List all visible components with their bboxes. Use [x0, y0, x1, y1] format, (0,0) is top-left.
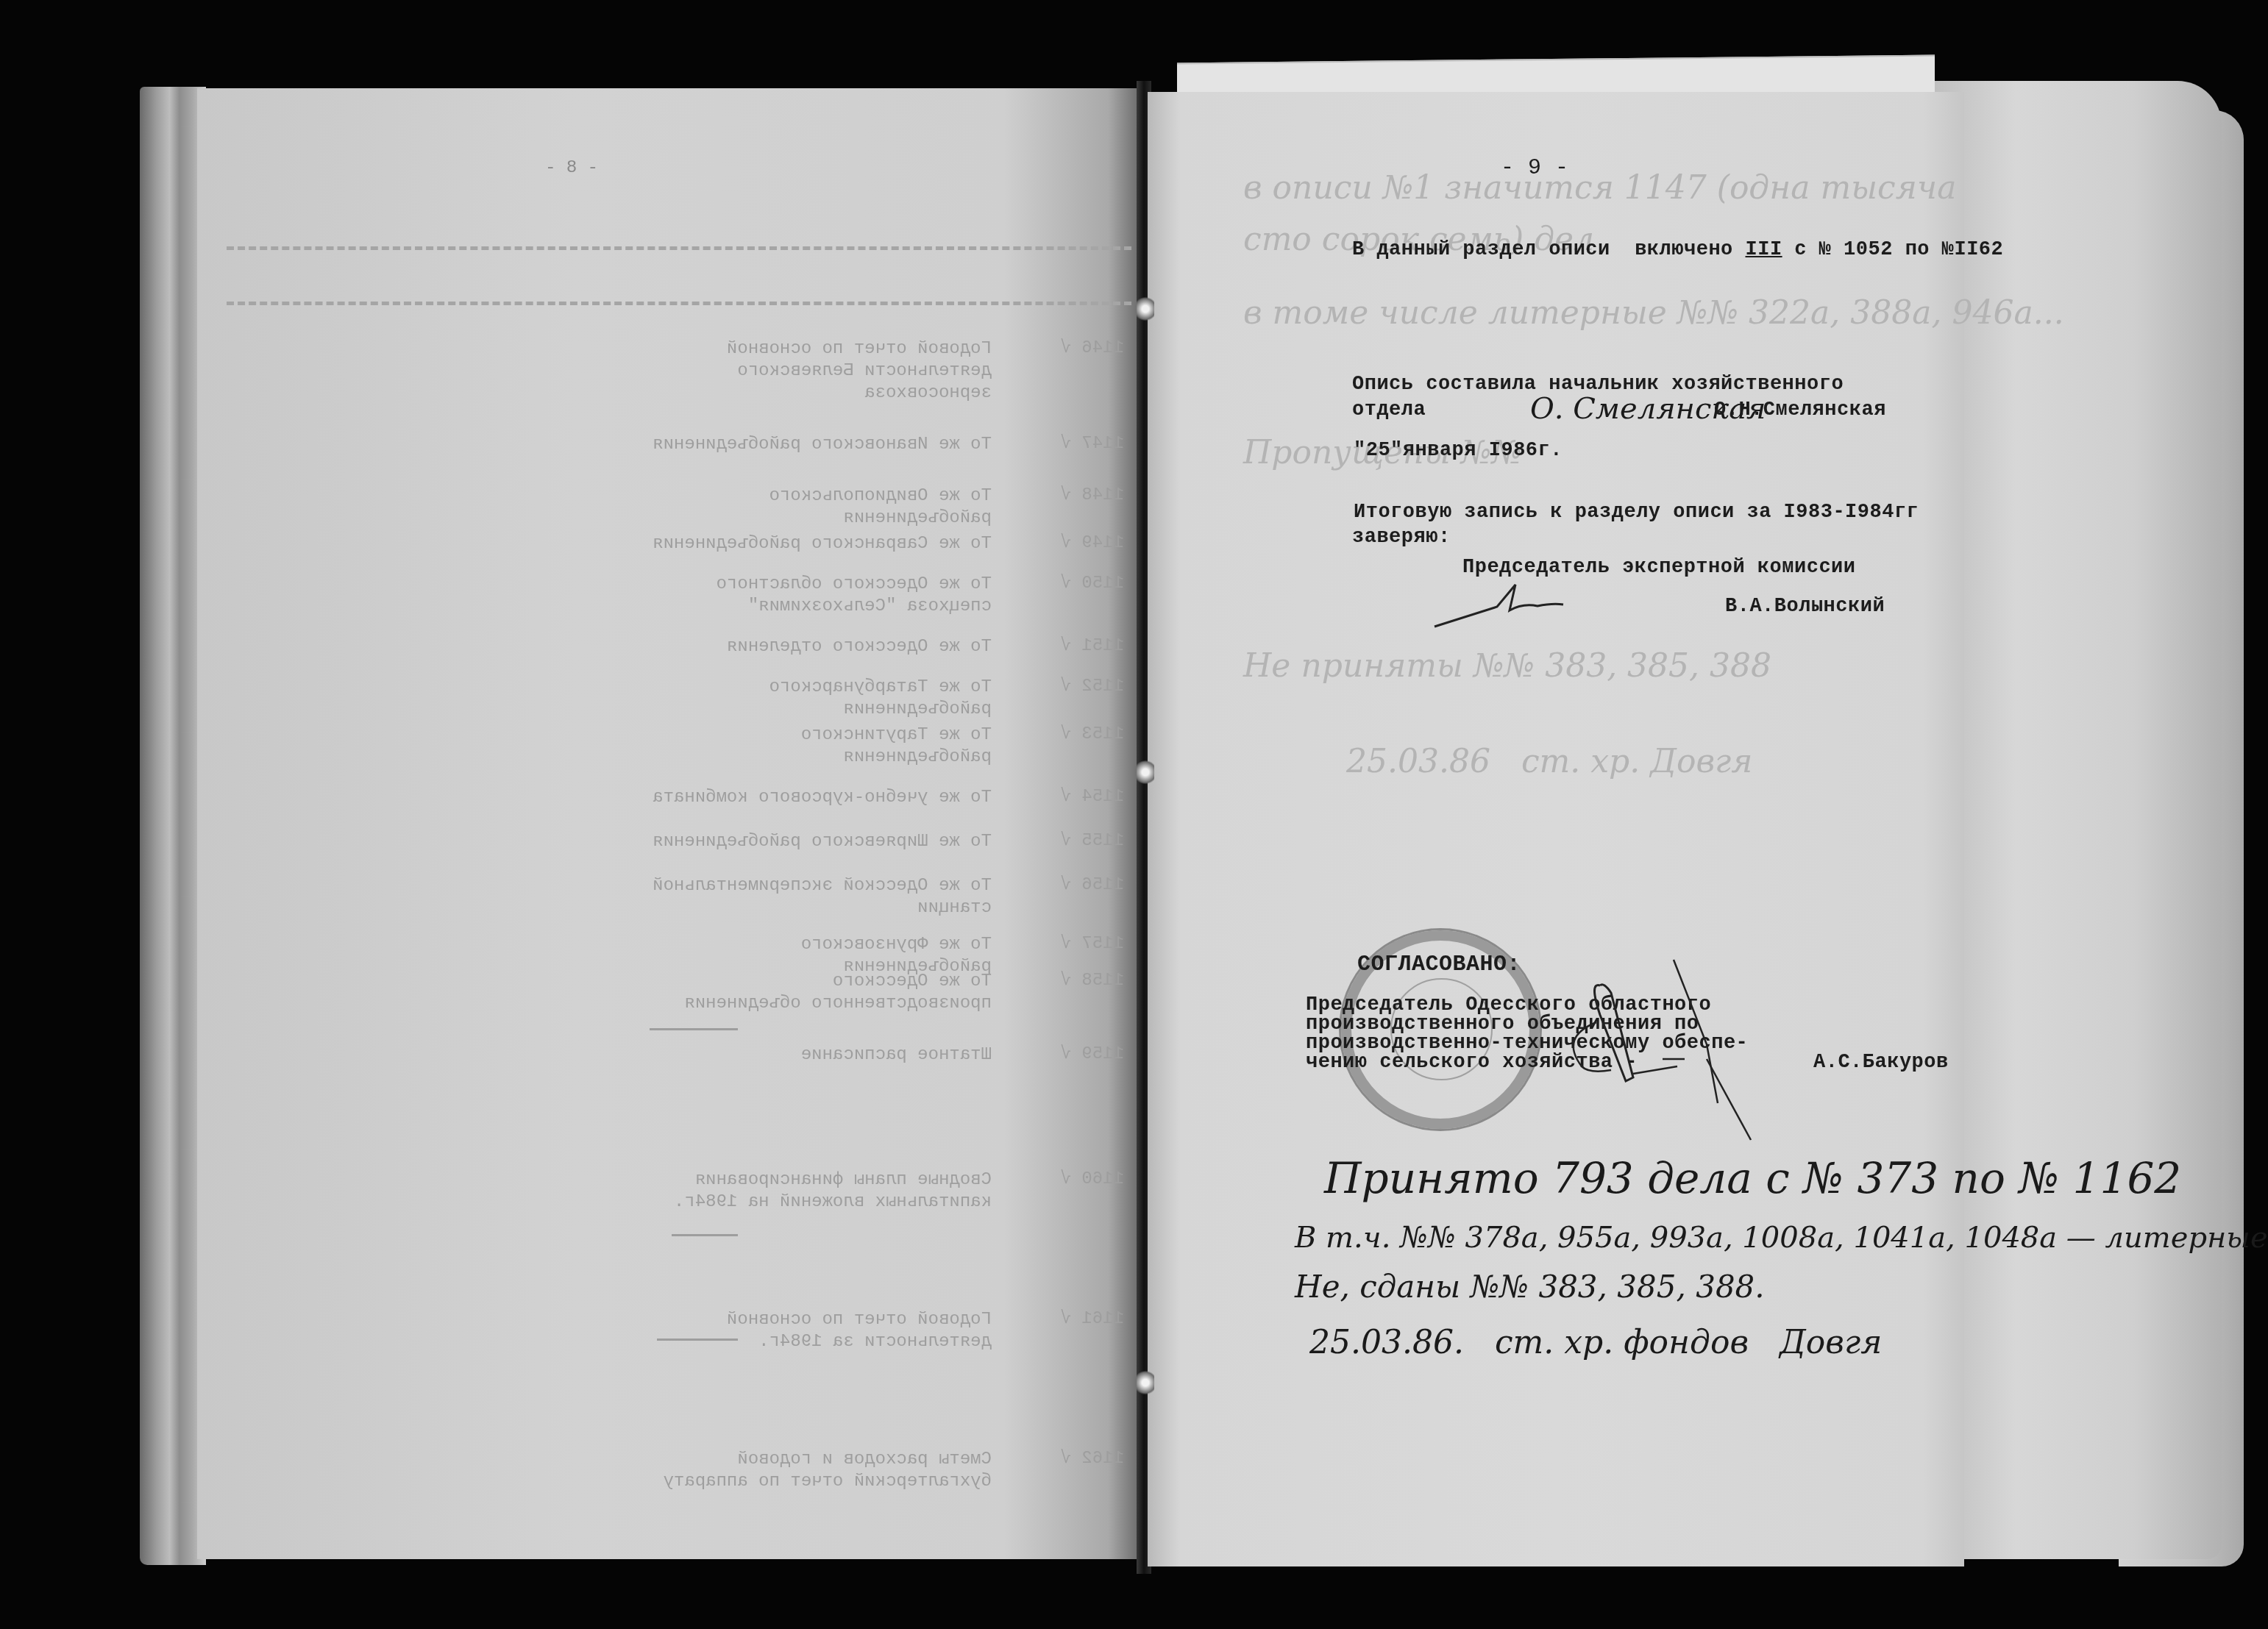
inventory-row-title: То же Ширяевского райобъединения	[646, 831, 992, 853]
inventory-row-number: 1146 √	[1061, 338, 1124, 358]
inventory-row-number: 1158 √	[1061, 971, 1124, 991]
inventory-row-number: 1147 √	[1061, 434, 1124, 454]
ghost-handwriting: Не приняты №№ 383, 385, 388	[1243, 647, 1771, 685]
inventory-row-number: 1151 √	[1061, 636, 1124, 656]
handwritten-accepted: Принято 793 дела с № 373 по № 1162	[1324, 1153, 2181, 1203]
inventory-row-title: То же Тарутинского райобъединения	[646, 724, 992, 769]
inventory-row-number: 1160 √	[1061, 1169, 1124, 1189]
inventory-row-title: Штатное расписание	[646, 1044, 992, 1066]
inventory-row-number: 1155 √	[1061, 831, 1124, 851]
scanned-book-spread: - 8 - 1146 √Годовой отчет по основной де…	[0, 0, 2268, 1629]
section-range: с № 1052 по №II62	[1794, 239, 2003, 261]
inventory-row-title: То же Одесского отделения	[646, 636, 992, 658]
handwritten-date-signature: 25.03.86. ст. хр. фондов Довгя	[1309, 1324, 1882, 1361]
commission-chair-role: Председатель экспертной комиссии	[1462, 557, 1855, 579]
inventory-row-number: 1159 √	[1061, 1044, 1124, 1064]
inventory-row-number: 1161 √	[1061, 1309, 1124, 1329]
inventory-row-title: То же Савранского райобъединения	[646, 533, 992, 555]
inventory-row-number: 1149 √	[1061, 533, 1124, 553]
left-page-bleedthrough: - 8 - 1146 √Годовой отчет по основной де…	[197, 88, 1146, 1559]
binding-stitch	[1137, 758, 1154, 787]
inventory-row-title: Годовой отчет по основной деятельности з…	[646, 1309, 992, 1353]
certification-line-2: заверяю:	[1352, 527, 1451, 549]
book-edge-left	[140, 87, 206, 1565]
section-underline	[650, 1028, 738, 1030]
inventory-row-title: То же Ивановского райобъединения	[646, 434, 992, 456]
section-item-count: III	[1746, 239, 1782, 261]
inventory-row-title: То же учебно-курсового комбината	[646, 787, 992, 809]
inventory-row-number: 1157 √	[1061, 934, 1124, 954]
commission-chair-name: В.А.Волынский	[1725, 596, 1885, 618]
binding-stitch	[1137, 1368, 1154, 1397]
inventory-row-title: Сметы расходов и годовой бухгалтерский о…	[646, 1449, 992, 1493]
compile-date: "25"января I986г.	[1354, 440, 1563, 462]
certification-line: Итоговую запись к разделу описи за I983-…	[1354, 502, 1919, 524]
approver-signature	[1530, 949, 1773, 1147]
inventory-row-title: Сводные планы финансирования капитальных…	[646, 1169, 992, 1213]
inventory-row-title: То же Одесского областного спецхоза "Сел…	[646, 574, 992, 618]
ghost-handwriting: в описи №1 значится 1147 (одна тысяча	[1243, 169, 1956, 207]
approval-heading: СОГЛАСОВАНО:	[1357, 952, 1521, 977]
ghost-handwriting: в томе числе литерные №№ 322а, 388а, 946…	[1243, 294, 2064, 332]
table-header-rule-bottom	[227, 302, 1131, 305]
inventory-row-title: Годовой отчет по основной деятельности Б…	[646, 338, 992, 404]
section-summary-prefix: В данный раздел описи включено	[1352, 239, 1733, 261]
commission-chair-signature	[1427, 581, 1589, 632]
handwritten-lettered: В т.ч. №№ 378а, 955а, 993а, 1008а, 1041а…	[1295, 1221, 2268, 1255]
inventory-row-number: 1150 √	[1061, 574, 1124, 594]
approver-name: А.С.Бакуров	[1813, 1052, 1949, 1074]
inventory-row-title: То же Одесской экспериментальной станции	[646, 875, 992, 919]
inventory-row-number: 1156 √	[1061, 875, 1124, 895]
page-number: - 9 -	[1501, 156, 1569, 181]
section-underline	[672, 1234, 738, 1236]
left-page-number: - 8 -	[545, 158, 598, 178]
compiler-dept-label: отдела	[1352, 399, 1426, 421]
table-header-rule-top	[227, 246, 1131, 250]
compiler-name: О.Н.Смелянская	[1714, 399, 1886, 421]
inventory-row-number: 1154 √	[1061, 787, 1124, 807]
handwritten-not-delivered: Не, сданы №№ 383, 385, 388.	[1295, 1269, 1765, 1305]
section-summary: В данный раздел описи включено III с № 1…	[1352, 239, 2003, 261]
inventory-row-title: То же Татарбунарского райобъединения	[646, 677, 992, 721]
ghost-handwriting: 25.03.86 ст. хр. Довгя	[1346, 743, 1752, 780]
binding-stitch	[1137, 294, 1154, 324]
inventory-row-number: 1153 √	[1061, 724, 1124, 744]
inventory-row-number: 1148 √	[1061, 485, 1124, 505]
inventory-row-title: То же Овидиопольского райобъединения	[646, 485, 992, 530]
inventory-row-title: То же Одесского производственного объеди…	[646, 971, 992, 1015]
inventory-row-number: 1152 √	[1061, 677, 1124, 696]
inventory-row-number: 1162 √	[1061, 1449, 1124, 1469]
